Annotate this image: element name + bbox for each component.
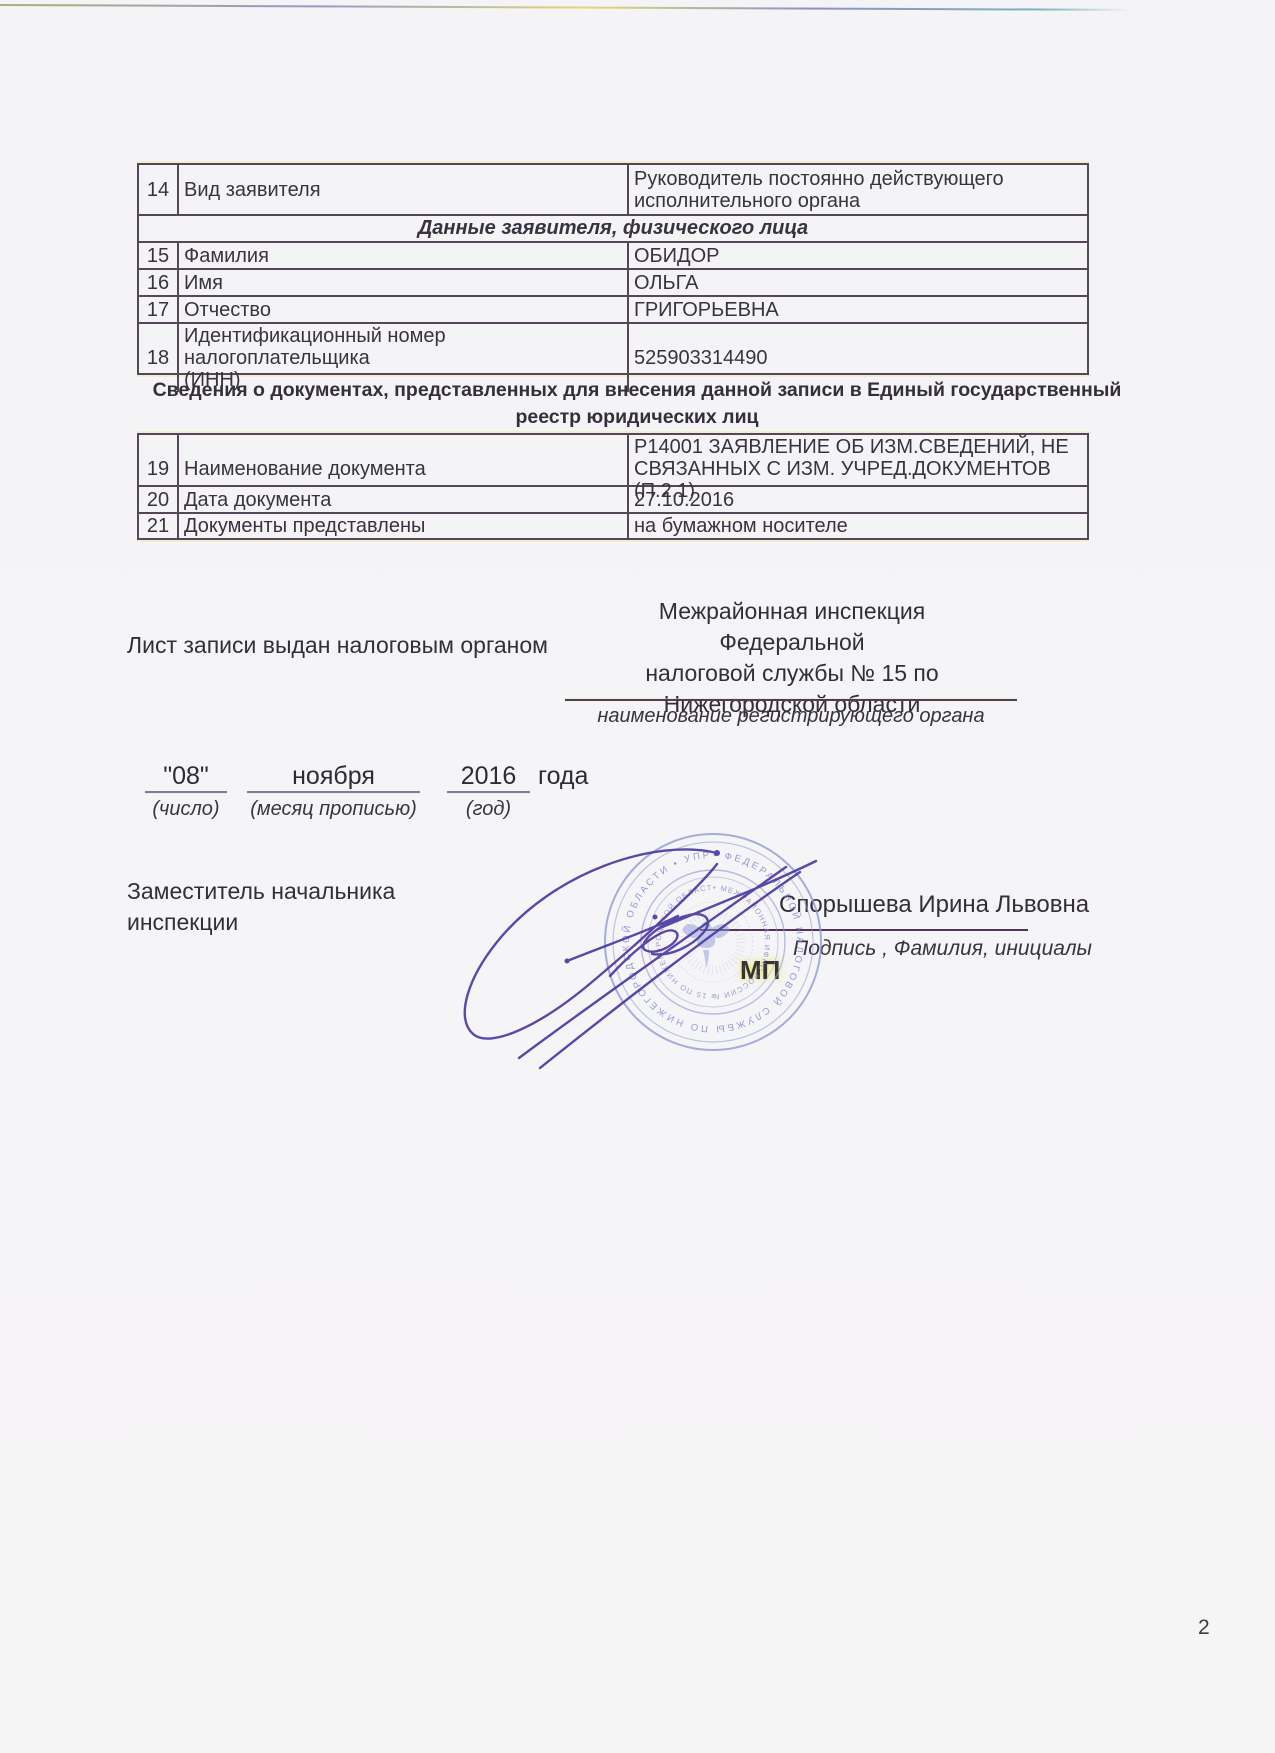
document-page: 14 Вид заявителя Руководитель постоянно … [0, 0, 1275, 1753]
row-number: 21 [139, 514, 177, 538]
row-label: Вид заявителя [177, 165, 627, 214]
date-month: ноября [247, 762, 420, 791]
table-row: 15 Фамилия ОБИДОР [139, 241, 1087, 268]
row-value: на бумажном носителе [627, 514, 1087, 538]
page-number: 2 [1198, 1616, 1210, 1640]
table-row: 17 Отчество ГРИГОРЬЕВНА [139, 295, 1087, 322]
scan-edge-artifact [0, 4, 1130, 11]
date-day-caption: (число) [138, 798, 234, 821]
official-stamp-seal [605, 834, 821, 1050]
table-section-title: Данные заявителя, физического лица [139, 214, 1087, 241]
table-row: 18 Идентификационный номер налогоплатель… [139, 322, 1087, 373]
row-number: 17 [139, 297, 177, 322]
date-day-underline [145, 791, 227, 793]
row-label: Фамилия [177, 243, 627, 268]
row-value: ОБИДОР [627, 243, 1087, 268]
signature-underline [700, 929, 1028, 931]
table-row: 21 Документы представлены на бумажном но… [139, 512, 1087, 538]
signature-caption: Подпись , Фамилия, инициалы [793, 937, 1092, 961]
table-row: 19 Наименование документа Р14001 ЗАЯВЛЕН… [139, 435, 1087, 485]
row-label: Документы представлены [177, 514, 627, 538]
registering-authority-name: Межрайонная инспекция Федеральной налого… [592, 596, 992, 720]
date-day: "08" [145, 762, 227, 791]
row-value: ОЛЬГА [627, 270, 1087, 295]
date-year: 2016 [447, 762, 530, 791]
table-row: 14 Вид заявителя Руководитель постоянно … [139, 165, 1087, 214]
row-number: 16 [139, 270, 177, 295]
row-label: Дата документа [177, 487, 627, 512]
row-value: ГРИГОРЬЕВНА [627, 297, 1087, 322]
documents-table: 19 Наименование документа Р14001 ЗАЯВЛЕН… [137, 433, 1089, 540]
row-value: 27.10.2016 [627, 487, 1087, 512]
documents-section-heading: Сведения о документах, представленных дл… [122, 377, 1152, 431]
date-year-underline [447, 791, 530, 793]
row-number: 14 [139, 165, 177, 214]
authority-caption: наименование регистрирующего органа [565, 705, 1017, 728]
row-value: Руководитель постоянно действующего испо… [627, 165, 1087, 214]
row-label: Имя [177, 270, 627, 295]
signer-name: Спорышева Ирина Львовна [779, 891, 1089, 919]
row-label: Отчество [177, 297, 627, 322]
table-row: 20 Дата документа 27.10.2016 [139, 485, 1087, 512]
applicant-table: 14 Вид заявителя Руководитель постоянно … [137, 163, 1089, 375]
signer-position: Заместитель начальника инспекции [127, 876, 395, 938]
authority-underline [565, 699, 1017, 701]
issued-by-label: Лист записи выдан налоговым органом [127, 632, 548, 659]
stamp-place-mark: МП [740, 955, 780, 986]
row-number: 15 [139, 243, 177, 268]
date-year-suffix: года [538, 762, 588, 791]
table-row: 16 Имя ОЛЬГА [139, 268, 1087, 295]
date-month-caption: (месяц прописью) [247, 798, 420, 821]
date-year-caption: (год) [447, 798, 530, 821]
row-number: 20 [139, 487, 177, 512]
date-month-underline [247, 791, 420, 793]
